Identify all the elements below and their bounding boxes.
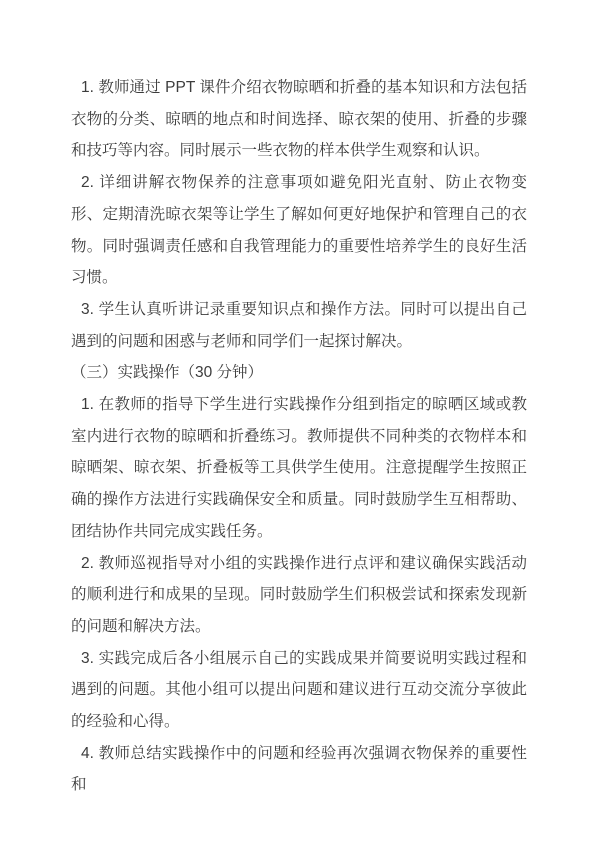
list-paragraph-lecture-3: 3. 学生认真听讲记录重要知识点和操作方法。同时可以提出自己遇到的问题和困惑与老… bbox=[71, 294, 527, 357]
list-paragraph-practice-2: 2. 教师巡视指导对小组的实践操作进行点评和建议确保实践活动的顺利进行和成果的呈… bbox=[71, 548, 527, 643]
list-paragraph-practice-3: 3. 实践完成后各小组展示自己的实践成果并简要说明实践过程和遇到的问题。其他小组… bbox=[71, 643, 527, 738]
document-page: 1. 教师通过 PPT 课件介绍衣物晾晒和折叠的基本知识和方法包括衣物的分类、晾… bbox=[0, 0, 600, 848]
list-paragraph-practice-1: 1. 在教师的指导下学生进行实践操作分组到指定的晾晒区域或教室内进行衣物的晾晒和… bbox=[71, 389, 527, 548]
list-paragraph-lecture-1: 1. 教师通过 PPT 课件介绍衣物晾晒和折叠的基本知识和方法包括衣物的分类、晾… bbox=[71, 72, 527, 167]
list-paragraph-practice-4: 4. 教师总结实践操作中的问题和经验再次强调衣物保养的重要性和 bbox=[71, 738, 527, 801]
section-heading-practice: （三）实践操作（30 分钟） bbox=[71, 357, 527, 389]
document-body: 1. 教师通过 PPT 课件介绍衣物晾晒和折叠的基本知识和方法包括衣物的分类、晾… bbox=[71, 72, 527, 801]
list-paragraph-lecture-2: 2. 详细讲解衣物保养的注意事项如避免阳光直射、防止衣物变形、定期清洗晾衣架等让… bbox=[71, 167, 527, 294]
